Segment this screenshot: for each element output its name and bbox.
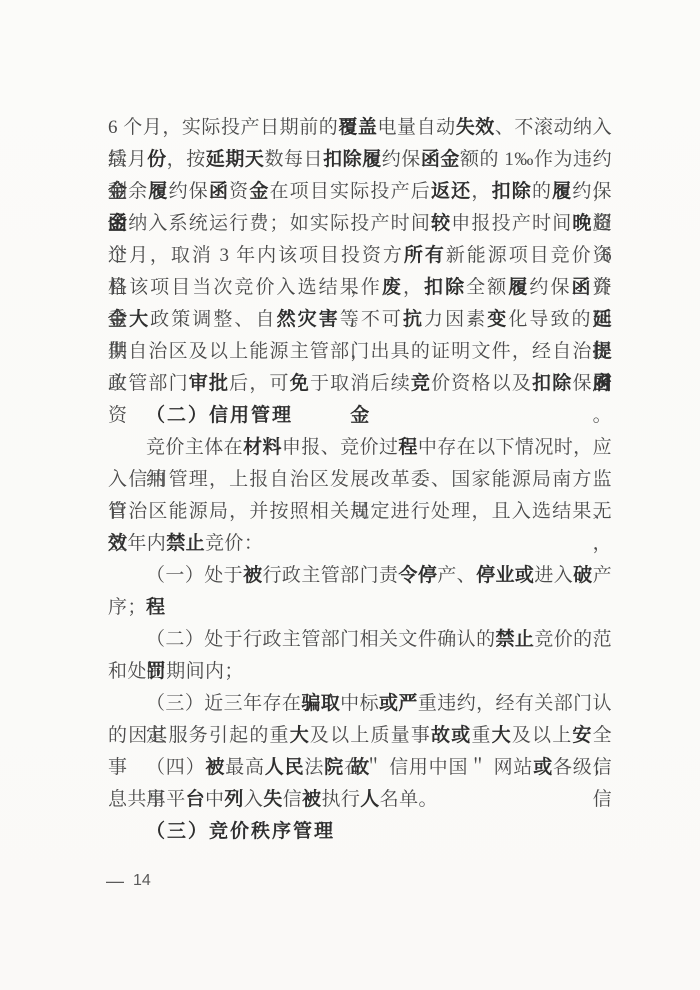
text-segment: 约保 xyxy=(169,181,209,202)
text-segment: 金 xyxy=(249,181,269,202)
text-segment: ， xyxy=(403,277,424,298)
text-segment: 中标 xyxy=(340,693,379,714)
text-segment: 。 xyxy=(593,405,612,426)
text-segment: （二）处于行政主管部门相关文件确认的 xyxy=(146,629,496,650)
text-segment: 法 xyxy=(304,757,324,778)
text-segment: 函 xyxy=(593,373,612,394)
text-segment: 履 xyxy=(148,181,168,202)
text-segment: 被 xyxy=(243,565,262,586)
text-segment: 约保 xyxy=(382,149,421,170)
text-segment: 令停 xyxy=(398,565,437,586)
text-segment: 材料 xyxy=(243,437,282,458)
text-segment: 人 xyxy=(360,789,379,810)
text-segment: 程 xyxy=(398,437,417,458)
text-segment: 息共享平 xyxy=(108,789,186,810)
text-segment: 抗 xyxy=(403,309,424,330)
text-segment: 变 xyxy=(487,309,508,330)
text-segment: 最高 xyxy=(225,757,265,778)
text-segment: 份 xyxy=(147,149,167,170)
text-segment: ， xyxy=(471,181,491,202)
text-segment: 额的 1‰作为违约 xyxy=(460,149,612,170)
text-segment: 申报、竞价过 xyxy=(282,437,399,458)
text-segment: 保 xyxy=(572,373,592,394)
text-line: 且该项目当次竞价入选结果作废，扣除全额履约保函资金。因 xyxy=(108,272,612,304)
text-segment: 全额 xyxy=(466,277,508,298)
text-line: 入信用管理，上报自治区发展改革委、国家能源局南方监管局、 xyxy=(108,464,612,496)
text-segment: 剩余 xyxy=(108,181,148,202)
text-segment: 程 xyxy=(146,597,165,618)
text-segment: 资 xyxy=(593,277,612,298)
text-segment: 较 xyxy=(431,213,451,234)
text-segment: 禁止 xyxy=(496,629,535,650)
text-segment: （三）竞价秩序管理 xyxy=(146,821,335,842)
text-segment: 履 xyxy=(508,277,529,298)
text-line: 剩余履约保函资金在项目实际投产后返还，扣除的履约保函资 xyxy=(108,176,612,208)
text-segment: 扣除 xyxy=(492,181,532,202)
text-segment: 扣除履 xyxy=(323,149,382,170)
text-line: 序； xyxy=(108,592,612,624)
text-segment: 主管部门 xyxy=(108,373,189,394)
text-segment: 晚 xyxy=(572,213,592,234)
text-line: 重大政策调整、自然灾害等不可抗力因素变化导致的延期，提 xyxy=(108,304,612,336)
text-segment: 名单。 xyxy=(380,789,438,810)
text-segment: 竞 xyxy=(411,373,431,394)
text-segment: 产 xyxy=(593,565,612,586)
section-heading: （三）竞价秩序管理 xyxy=(108,816,612,848)
text-segment: 竞价： xyxy=(205,533,263,554)
text-segment: 停业或 xyxy=(476,565,534,586)
text-line: 和处罚期间内； xyxy=(108,656,612,688)
text-segment: 期间内； xyxy=(166,661,244,682)
text-segment: 被 xyxy=(302,789,321,810)
text-segment: 或严 xyxy=(379,693,418,714)
text-segment: 函 xyxy=(209,181,229,202)
text-segment: 个月，取消 3 年内该项目投资方 xyxy=(108,245,404,266)
text-segment: 力因素 xyxy=(424,309,487,330)
text-segment: 列 xyxy=(224,789,243,810)
text-segment: 序； xyxy=(108,597,147,618)
text-segment: 或 xyxy=(533,757,553,778)
document-page: 6 个月，实际投产日期前的覆盖电量自动失效、不滚动纳入后续月份，按延期天数每日扣… xyxy=(0,0,700,990)
text-segment: 台 xyxy=(186,789,205,810)
text-line: 个月，取消 3 年内该项目投资方所有新能源项目竞价资格，并 xyxy=(108,240,612,272)
text-segment: 后，可 xyxy=(229,373,290,394)
text-segment: 约保 xyxy=(529,277,571,298)
text-segment: 竞价主体在 xyxy=(146,437,243,458)
text-segment: （四） xyxy=(146,757,205,778)
text-segment: 6 个月，实际投产日期前的 xyxy=(108,117,338,138)
text-segment: 所有 xyxy=(404,245,446,266)
text-segment: 产、 xyxy=(437,565,476,586)
text-line: （四）被最高人民法院在＂ 信用中国＂ 网站或各级信用信 xyxy=(108,752,612,784)
page-number: 14 xyxy=(133,873,151,889)
text-segment: 扣除 xyxy=(424,277,466,298)
text-segment: 及以上 xyxy=(512,725,573,746)
text-segment: 覆盖 xyxy=(338,117,377,138)
text-segment: 和处 xyxy=(108,661,147,682)
text-segment: 续月 xyxy=(108,149,147,170)
text-segment: 在项目实际投产后 xyxy=(270,181,432,202)
text-segment: ，按 xyxy=(167,149,206,170)
text-segment: 的因其服务引起的重 xyxy=(108,725,290,746)
text-line: （三）近三年存在骗取中标或严重违约，经有关部门认定 xyxy=(108,688,612,720)
text-segment: 函 xyxy=(572,277,593,298)
text-segment: 延期天 xyxy=(206,149,265,170)
text-segment: 进入 xyxy=(534,565,573,586)
text-line: 金纳入系统运行费；如实际投产时间较申报投产时间晚超过 6 xyxy=(108,208,612,240)
text-line: 自治区能源局，并按照相关规定进行处理，且入选结果无效， xyxy=(108,496,612,528)
text-line: 主管部门审批后，可免于取消后续竞价资格以及扣除保函资金。 xyxy=(108,368,612,400)
text-segment: 约保 xyxy=(572,181,612,202)
text-segment: 信 xyxy=(283,789,302,810)
text-segment: 免 xyxy=(290,373,310,394)
text-segment: 自治区能源局，并按照相关规定进行处理，且入选结果无 xyxy=(108,501,612,522)
text-segment: 人民 xyxy=(265,757,305,778)
text-segment: 的 xyxy=(532,181,552,202)
text-segment: 金 xyxy=(108,213,128,234)
text-segment: 大 xyxy=(492,725,512,746)
text-segment: 资 xyxy=(229,181,249,202)
text-line: 竞价主体在材料申报、竞价过程中存在以下情况时，应纳 xyxy=(108,432,612,464)
text-block: 6 个月，实际投产日期前的覆盖电量自动失效、不滚动纳入后续月份，按延期天数每日扣… xyxy=(108,112,612,848)
text-segment: 执行 xyxy=(321,789,360,810)
text-segment: 申报投产时间 xyxy=(451,213,572,234)
text-line: （二）处于行政主管部门相关文件确认的禁止竞价的范围 xyxy=(108,624,612,656)
text-segment: 纳入系统运行费；如实际投产时间 xyxy=(128,213,431,234)
text-line: （一）处于被行政主管部门责令停产、停业或进入破产程 xyxy=(108,560,612,592)
text-segment: 大 xyxy=(290,725,310,746)
text-segment: 大 xyxy=(129,309,150,330)
text-segment: 破 xyxy=(573,565,592,586)
text-segment: 电量自动 xyxy=(377,117,455,138)
text-segment: 骗取 xyxy=(301,693,340,714)
text-line: 续月份，按延期天数每日扣除履约保函金额的 1‰作为违约金， xyxy=(108,144,612,176)
text-segment: 罚 xyxy=(147,661,166,682)
text-segment: 禁止 xyxy=(166,533,205,554)
text-segment: 中 xyxy=(205,789,224,810)
text-segment: 于取消后续 xyxy=(310,373,411,394)
text-segment: 扣除 xyxy=(532,373,572,394)
text-segment: 审批 xyxy=(189,373,229,394)
text-segment: 等不可 xyxy=(340,309,403,330)
text-segment: 化导致的 xyxy=(508,309,592,330)
text-segment: 安 xyxy=(572,725,592,746)
text-segment: 故或 xyxy=(431,725,471,746)
text-line: 6 个月，实际投产日期前的覆盖电量自动失效、不滚动纳入后 xyxy=(108,112,612,144)
footer-dash: — xyxy=(106,872,124,890)
text-segment: 延 xyxy=(593,309,612,330)
text-segment: 重 xyxy=(108,309,129,330)
text-line: 供自治区及以上能源主管部门出具的证明文件，经自治区政府 xyxy=(108,336,612,368)
text-segment: 废 xyxy=(382,277,403,298)
text-segment: 失 xyxy=(263,789,282,810)
text-segment: 函金 xyxy=(421,149,460,170)
text-segment: 金 xyxy=(350,405,592,426)
text-segment: 失效 xyxy=(456,117,495,138)
text-segment: 然灾害 xyxy=(277,309,340,330)
text-segment: （一）处于 xyxy=(146,565,243,586)
text-segment: 在＂ 信用中国＂ 网站 xyxy=(344,757,533,778)
text-segment: 政策调整、自 xyxy=(150,309,276,330)
page-footer: — 14 xyxy=(106,872,151,890)
text-segment: 数每日 xyxy=(264,149,323,170)
text-segment: 三年内 xyxy=(108,533,166,554)
text-segment: 行政主管部门责 xyxy=(263,565,399,586)
text-segment: 院 xyxy=(324,757,344,778)
text-segment: 返还 xyxy=(431,181,471,202)
text-segment: 重 xyxy=(471,725,491,746)
text-segment: 且该项目当次竞价入选结果作 xyxy=(108,277,382,298)
text-segment: 价资格以及 xyxy=(431,373,532,394)
text-segment: ， xyxy=(593,533,612,554)
text-segment: （三）近三年存在 xyxy=(146,693,301,714)
text-segment: （二）信用管理 xyxy=(146,405,293,426)
text-segment: 履 xyxy=(552,181,572,202)
text-segment: 及以上质量事 xyxy=(310,725,431,746)
text-segment: 入 xyxy=(244,789,263,810)
text-line: 的因其服务引起的重大及以上质量事故或重大及以上安全事故； xyxy=(108,720,612,752)
text-segment: 被 xyxy=(205,757,225,778)
